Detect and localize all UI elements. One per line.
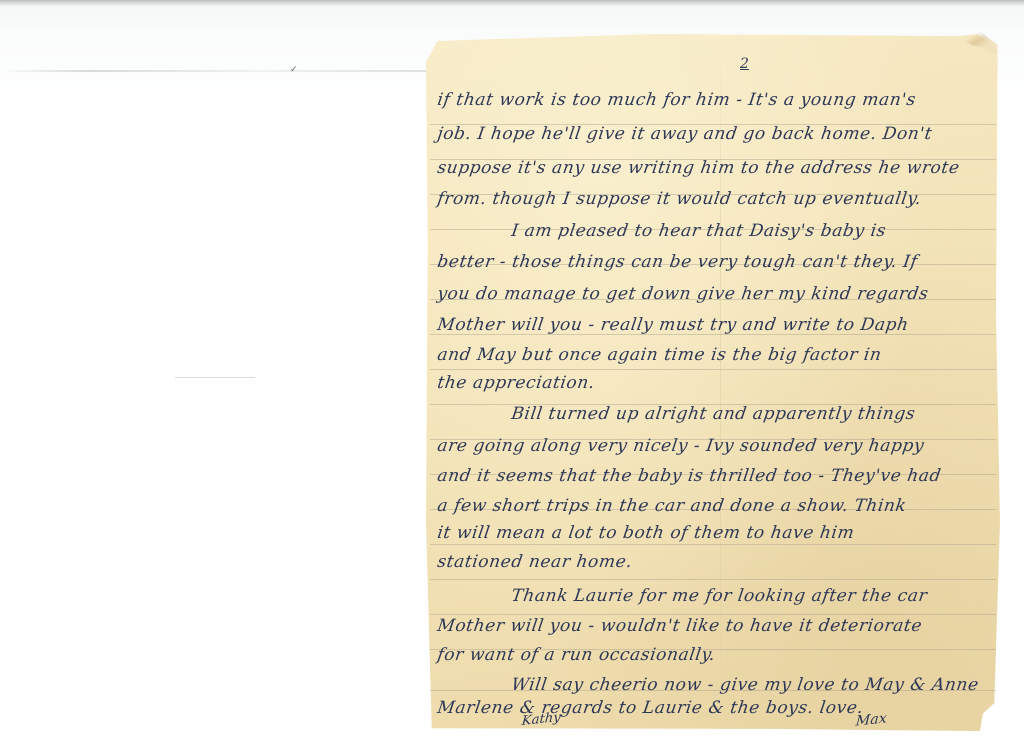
page-number: 2	[740, 56, 760, 72]
handwritten-line: suppose it's any use writing him to the …	[436, 158, 995, 178]
handwritten-line: a few short trips in the car and done a …	[436, 496, 995, 516]
signature: Max	[855, 710, 887, 729]
handwritten-line: Will say cheerio now - give my love to M…	[510, 675, 995, 695]
handwritten-line: and May but once again time is the big f…	[436, 345, 995, 365]
ruled-line	[430, 544, 996, 545]
handwritten-line: you do manage to get down give her my ki…	[436, 284, 995, 304]
handwritten-line: the appreciation.	[436, 373, 995, 393]
ruled-line	[430, 369, 996, 370]
handwritten-line: if that work is too much for him - It's …	[436, 90, 995, 110]
handwritten-line: Mother will you - wouldn't like to have …	[436, 616, 995, 636]
handwritten-line: Mother will you - really must try and wr…	[436, 315, 995, 335]
scan-speck: ✓	[290, 67, 300, 73]
handwritten-line: are going along very nicely - Ivy sounde…	[436, 436, 995, 456]
scan-crease	[0, 70, 430, 72]
handwritten-line: Marlene & regards to Laurie & the boys. …	[436, 698, 995, 718]
handwritten-line: Thank Laurie for me for looking after th…	[510, 586, 995, 606]
scan-crease	[175, 377, 255, 378]
scan-top-edge	[0, 0, 1024, 6]
handwritten-line: better - those things can be very tough …	[436, 252, 995, 272]
handwritten-line: Bill turned up alright and apparently th…	[510, 404, 995, 424]
handwritten-line: from. though I suppose it would catch up…	[436, 189, 995, 209]
ruled-line	[430, 579, 996, 580]
handwritten-line: and it seems that the baby is thrilled t…	[436, 466, 995, 486]
handwritten-line: I am pleased to hear that Daisy's baby i…	[510, 221, 995, 241]
handwritten-line: job. I hope he'll give it away and go ba…	[436, 124, 995, 144]
handwritten-line: for want of a run occasionally.	[436, 645, 995, 665]
handwritten-line: stationed near home.	[436, 552, 995, 572]
ruled-line	[430, 614, 996, 615]
handwritten-line: it will mean a lot to both of them to ha…	[436, 523, 995, 543]
